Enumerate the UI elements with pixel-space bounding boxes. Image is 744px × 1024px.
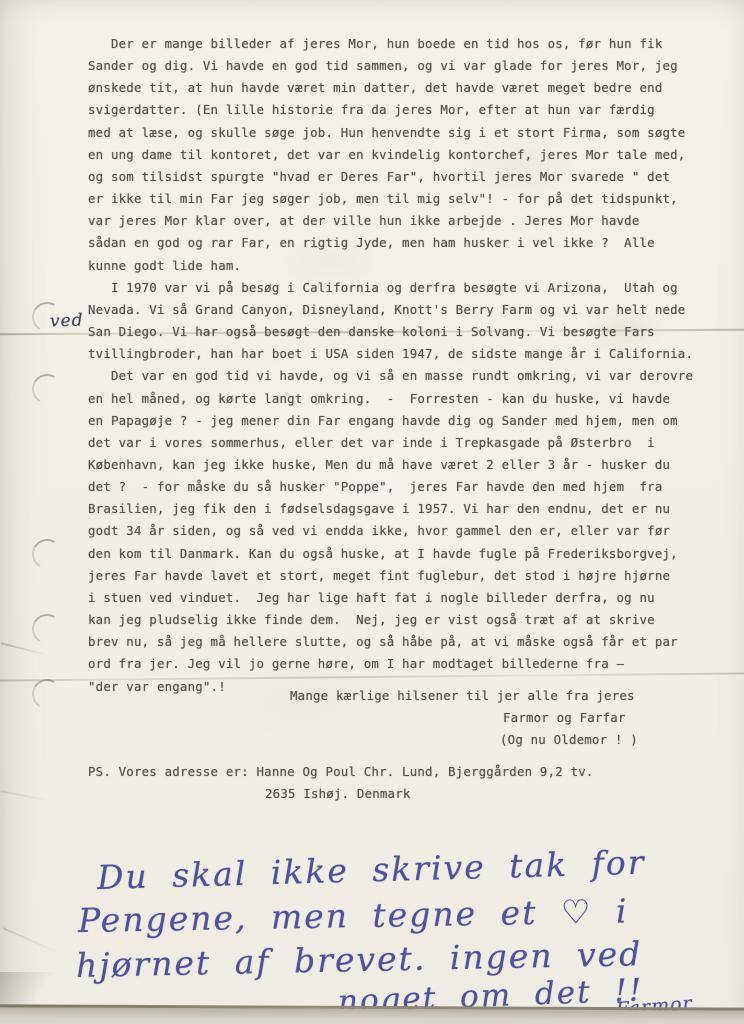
punch-hole xyxy=(29,371,65,407)
ps-address-line2: 2635 Ishøj. Denmark xyxy=(265,786,411,801)
scanned-letter-page: Der er mange billeder af jeres Mor, hun … xyxy=(0,0,744,1024)
fold-crease xyxy=(0,790,51,801)
typed-letter-body: Der er mange billeder af jeres Mor, hun … xyxy=(88,33,693,698)
handwritten-margin-annotation: ved xyxy=(50,310,84,331)
closing-greeting: Mange kærlige hilsener til jer alle fra … xyxy=(290,688,635,703)
handwritten-note-line2: Pengene, men tegne et ♡ i xyxy=(78,891,629,940)
fold-crease xyxy=(2,927,61,954)
punch-hole xyxy=(29,676,65,712)
punch-hole xyxy=(29,611,65,647)
fold-crease xyxy=(1,642,48,655)
punch-hole xyxy=(29,536,65,572)
closing-postscript-signature: (Og nu Oldemor ! ) xyxy=(500,732,638,747)
handwritten-note-line1: Du skal ikke skrive tak for xyxy=(96,843,646,897)
closing-signature: Farmor og Farfar xyxy=(503,710,626,725)
ps-address-line1: PS. Vores adresse er: Hanne Og Poul Chr.… xyxy=(88,764,594,779)
